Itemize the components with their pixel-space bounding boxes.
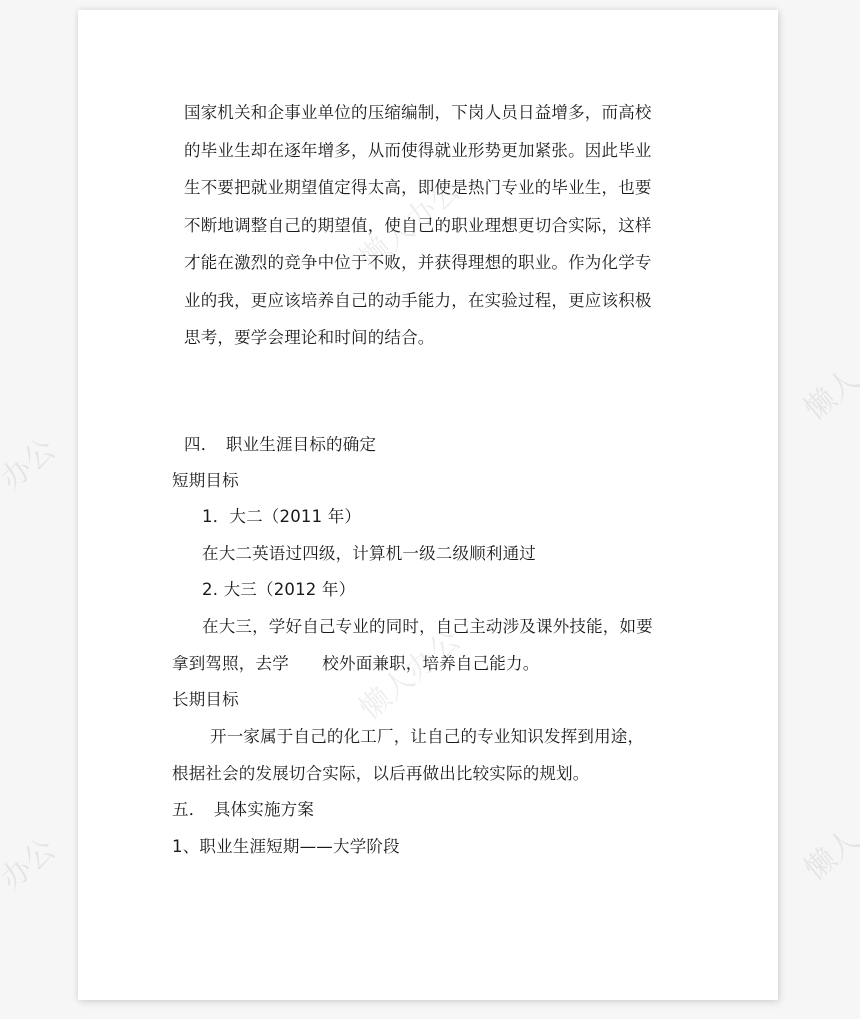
- document-page: 懒人办公 懒人办公 国家机关和企事业单位的压缩编制，下岗人员日益增多，而高校 的…: [78, 10, 778, 1000]
- list-item-title: 2. 大三（2012 年）: [202, 580, 355, 600]
- paragraph-line: 业的我，更应该培养自己的动手能力，在实验过程，更应该积极: [184, 291, 652, 311]
- paragraph-line: 国家机关和企事业单位的压缩编制，下岗人员日益增多，而高校: [184, 103, 652, 123]
- subsection-heading: 1、职业生涯短期——大学阶段: [172, 837, 400, 857]
- list-item-body: 在大三，学好自己专业的同时，自己主动涉及课外技能，如要: [202, 617, 653, 637]
- watermark: 办公: [0, 426, 63, 498]
- list-item-body: 在大二英语过四级，计算机一级二级顺利通过: [202, 544, 536, 564]
- list-item-title: 1．大二（2011 年）: [202, 507, 361, 527]
- paragraph-line: 的毕业生却在逐年增多，从而使得就业形势更加紧张。因此毕业: [184, 141, 652, 161]
- long-term-body: 开一家属于自己的化工厂，让自己的专业知识发挥到用途，: [210, 727, 644, 747]
- paragraph-line: 不断地调整自己的期望值，使自己的职业理想更切合实际，这样: [184, 216, 652, 236]
- section-heading: 五． 具体实施方案: [172, 800, 314, 820]
- watermark: 懒人: [793, 356, 860, 428]
- watermark: 办公: [0, 826, 63, 898]
- paragraph-line: 生不要把就业期望值定得太高，即使是热门专业的毕业生，也要: [184, 178, 652, 198]
- long-term-body: 根据社会的发展切合实际，以后再做出比较实际的规划。: [172, 764, 590, 784]
- paragraph-line: 思考，要学会理论和时间的结合。: [184, 328, 435, 348]
- section-heading: 四． 职业生涯目标的确定: [184, 435, 376, 455]
- list-item-body: 拿到驾照，去学 校外面兼职，培养自己能力。: [172, 654, 539, 674]
- subheading-long-term: 长期目标: [172, 690, 239, 710]
- paragraph-line: 才能在激烈的竞争中位于不败，并获得理想的职业。作为化学专: [184, 253, 652, 273]
- watermark: 懒人: [793, 816, 860, 888]
- subheading-short-term: 短期目标: [172, 471, 239, 491]
